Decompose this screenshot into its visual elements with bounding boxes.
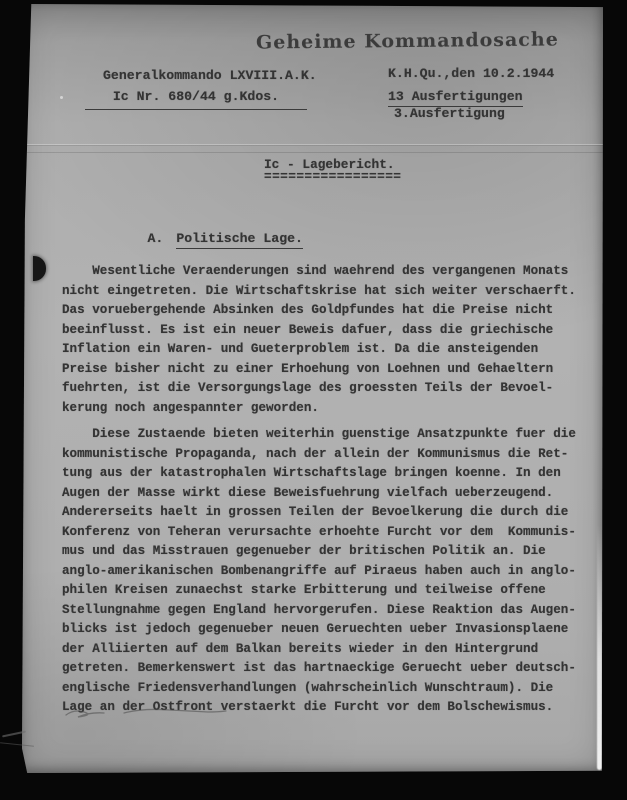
text-line: fuehrten, ist die Versorgungslage des gr… bbox=[62, 379, 588, 399]
photo-background: Geheime Kommandosache Generalkommando LX… bbox=[0, 0, 627, 800]
document-page: Geheime Kommandosache Generalkommando LX… bbox=[22, 4, 603, 773]
text-line: Andererseits haelt in grossen Teilen der… bbox=[62, 503, 588, 523]
text-line: Inflation ein Waren- und Gueterproblem i… bbox=[62, 340, 588, 360]
text-line: tung aus der katastrophalen Wirtschaftsl… bbox=[62, 464, 588, 484]
text-line: beeinflusst. Es ist ein neuer Beweis daf… bbox=[62, 321, 588, 341]
dust-speck bbox=[60, 96, 63, 99]
text-line: Augen der Masse wirkt diese Beweisfuehru… bbox=[62, 484, 588, 504]
copy-number-line: 3.Ausfertigung bbox=[394, 106, 505, 122]
text-line: nicht eingetreten. Die Wirtschaftskrise … bbox=[62, 282, 588, 302]
crease-line bbox=[22, 152, 603, 153]
crease-line bbox=[22, 145, 603, 146]
paragraph: Wesentliche Veraenderungen sind waehrend… bbox=[62, 262, 588, 418]
text-line: Stellungnahme gegen England hervorgerufe… bbox=[62, 601, 588, 621]
unit-line: Generalkommando LXVIII.A.K. bbox=[103, 68, 317, 84]
text-line: Diese Zustaende bieten weiterhin guensti… bbox=[62, 425, 588, 445]
report-title-underline: ================= bbox=[264, 169, 401, 184]
classification-stamp: Geheime Kommandosache bbox=[256, 28, 559, 53]
body-text: Wesentliche Veraenderungen sind waehrend… bbox=[62, 262, 588, 718]
text-line: Preise bisher nicht zu einer Erhoehung v… bbox=[62, 360, 588, 380]
text-line: englische Friedensverhandlungen (wahrsch… bbox=[62, 679, 588, 699]
punch-hole bbox=[33, 256, 46, 281]
copies-total-line: 13 Ausfertigungen bbox=[388, 89, 523, 107]
text-line: getreten. Bemerkenswert ist das hartnaec… bbox=[62, 659, 588, 679]
text-line: Das voruebergehende Absinken des Goldpfu… bbox=[62, 301, 588, 321]
text-line: Wesentliche Veraenderungen sind waehrend… bbox=[62, 262, 588, 282]
text-line: blicks ist jedoch gegenueber neuen Gerue… bbox=[62, 620, 588, 640]
text-line: kerung noch angespannter geworden. bbox=[62, 399, 588, 419]
section-title: Politische Lage. bbox=[176, 231, 303, 249]
file-reference-line: Ic Nr. 680/44 g.Kdos. bbox=[85, 89, 307, 110]
section-label: A. bbox=[147, 231, 163, 246]
pencil-mark bbox=[62, 701, 232, 723]
text-line: mus und das Misstrauen gegenueber der br… bbox=[62, 542, 588, 562]
text-line: der Alliierten auf dem Balkan bereits wi… bbox=[62, 640, 588, 660]
section-heading: A.Politische Lage. bbox=[100, 216, 303, 264]
text-line: philen Kreisen zunaechst starke Erbitter… bbox=[62, 581, 588, 601]
text-line: Konferenz von Teheran verursachte erhoeh… bbox=[62, 523, 588, 543]
paper-edge-highlight bbox=[597, 524, 602, 770]
paragraph: Diese Zustaende bieten weiterhin guensti… bbox=[62, 425, 588, 718]
place-date-line: K.H.Qu.,den 10.2.1944 bbox=[388, 66, 554, 82]
text-line: anglo-amerikanischen Bombenangriffe auf … bbox=[62, 562, 588, 582]
text-line: kommunistische Propaganda, nach der alle… bbox=[62, 445, 588, 465]
